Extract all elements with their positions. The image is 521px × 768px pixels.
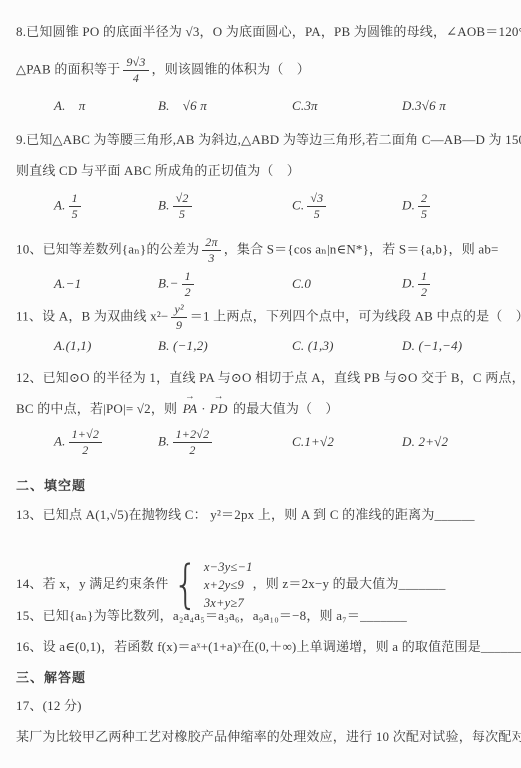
- option-9-d: D.25: [402, 192, 511, 221]
- question-13-line: 13、已知点 A(1,√5)在抛物线 C： y²＝2px 上，则 A 到 C 的…: [16, 507, 511, 524]
- question-16-line: 16、设 a∈(0,1)，若函数 f(x)＝aˣ+(1+a)ˣ在(0,＋∞)上单…: [16, 639, 511, 656]
- option-11-c: C. (1,3): [292, 338, 402, 355]
- option-9-a: A.15: [54, 192, 158, 221]
- constraint-row-1: x−3y≤−1: [204, 558, 253, 576]
- question-17-number: 17、(12 分): [16, 698, 511, 715]
- option-12-b: B.1+2√22: [158, 428, 292, 457]
- dot-operator: ·: [201, 401, 206, 418]
- question-12-line-2-post: 的最大值为（ ）: [233, 401, 339, 416]
- question-11-line: 11、设 A，B 为双曲线 x²−y²9＝1 上两点，下列四个点中，可为线段 A…: [16, 303, 511, 332]
- exam-page: { "page": {"background": "#fcfcfc", "tex…: [0, 0, 521, 768]
- question-8-line-2-pre: △PAB 的面积等于: [16, 62, 120, 77]
- question-8-line-1: 8.已知圆锥 PO 的底面半径为 √3，O 为底面圆心，PA，PB 为圆锥的母线…: [16, 24, 511, 41]
- option-12-a: A.1+√22: [54, 428, 158, 457]
- option-12-c: C.1+√2: [292, 434, 402, 451]
- question-10-post: ，集合 S＝{cos aₙ|n∈N*}，若 S＝{a,b}，则 ab=: [224, 242, 499, 257]
- option-12-d: D. 2+√2: [402, 434, 511, 451]
- question-14-pre: 14、若 x，y 满足约束条件: [16, 576, 169, 591]
- question-8-line-2-post: ，则该圆锥的体积为（ ）: [152, 62, 310, 77]
- question-14-post: ，则 z＝2x−y 的最大值为_______: [253, 576, 446, 591]
- question-11-post: ＝1 上两点，下列四个点中，可为线段 AB 中点的是（ ）: [190, 309, 521, 324]
- option-11-b: B. (−1,2): [158, 338, 292, 355]
- question-12-line-2: BC 的中点，若|PO|= √2，则 PA·PD 的最大值为（ ）: [16, 399, 511, 418]
- question-10-pre: 10、已知等差数列{aₙ}的公差为: [16, 242, 199, 257]
- question-12-line-1: 12、已知⊙O 的半径为 1，直线 PA 与⊙O 相切于点 A，直线 PB 与⊙…: [16, 370, 511, 387]
- option-9-c: C.√35: [292, 192, 402, 221]
- section-header-answers: 三、解答题: [16, 670, 511, 687]
- question-10-options: A.−1 B.−12 C.0 D.12: [16, 270, 511, 299]
- question-12-options: A.1+√22 B.1+2√22 C.1+√2 D. 2+√2: [16, 428, 511, 457]
- question-11-options: A.(1,1) B. (−1,2) C. (1,3) D. (−1,−4): [16, 338, 511, 355]
- option-8-c: C.3π: [292, 98, 402, 115]
- vector-PD: PD: [210, 399, 228, 418]
- constraint-system: {x−3y≤−1x+2y≤93x+y≥7: [169, 558, 253, 612]
- question-9-line-1: 9.已知△ABC 为等腰三角形,AB 为斜边,△ABD 为等边三角形,若二面角 …: [16, 132, 511, 149]
- fraction-y2-over-9: y²9: [171, 303, 186, 332]
- option-8-b: B. √6 π: [158, 98, 292, 115]
- question-9-options: A.15 B.√25 C.√35 D.25: [16, 192, 511, 221]
- constraint-row-2: x+2y≤9: [204, 576, 253, 594]
- question-12-line-2-pre: BC 的中点，若|PO|= √2，则: [16, 401, 177, 416]
- option-10-c: C.0: [292, 276, 402, 293]
- fraction-9root3-over-4: 9√34: [123, 56, 148, 85]
- option-10-b: B.−12: [158, 270, 292, 299]
- question-8-options: A. π B. √6 π C.3π D.3√6 π: [16, 98, 511, 115]
- option-11-d: D. (−1,−4): [402, 338, 511, 355]
- question-17-body: 某厂为比较甲乙两种工艺对橡胶产品伸缩率的处理效应，进行 10 次配对试验，每次配…: [16, 729, 511, 746]
- question-10-line: 10、已知等差数列{aₙ}的公差为2π3，集合 S＝{cos aₙ|n∈N*}，…: [16, 236, 511, 265]
- option-9-b: B.√25: [158, 192, 292, 221]
- question-15-line: 15、已知{aₙ}为等比数列，a₂a₄a₅＝a₃a₆，a₉a₁₀＝−8，则 a₇…: [16, 608, 511, 625]
- vector-PA: PA: [183, 399, 198, 418]
- question-11-pre: 11、设 A，B 为双曲线 x²−: [16, 309, 168, 324]
- question-8-line-2: △PAB 的面积等于9√34，则该圆锥的体积为（ ）: [16, 56, 511, 85]
- option-10-d: D.12: [402, 270, 511, 299]
- question-14-line: 14、若 x，y 满足约束条件{x−3y≤−1x+2y≤93x+y≥7，则 z＝…: [16, 558, 511, 612]
- fraction-2pi-over-3: 2π3: [202, 236, 220, 265]
- option-8-d: D.3√6 π: [402, 98, 511, 115]
- option-11-a: A.(1,1): [54, 338, 158, 355]
- question-9-line-2: 则直线 CD 与平面 ABC 所成角的正切值为（ ）: [16, 163, 511, 180]
- option-10-a: A.−1: [54, 276, 158, 293]
- section-header-fill-in: 二、填空题: [16, 478, 511, 495]
- constraint-rows: x−3y≤−1x+2y≤93x+y≥7: [204, 558, 253, 612]
- option-8-a: A. π: [54, 98, 158, 115]
- system-brace: {: [173, 562, 198, 609]
